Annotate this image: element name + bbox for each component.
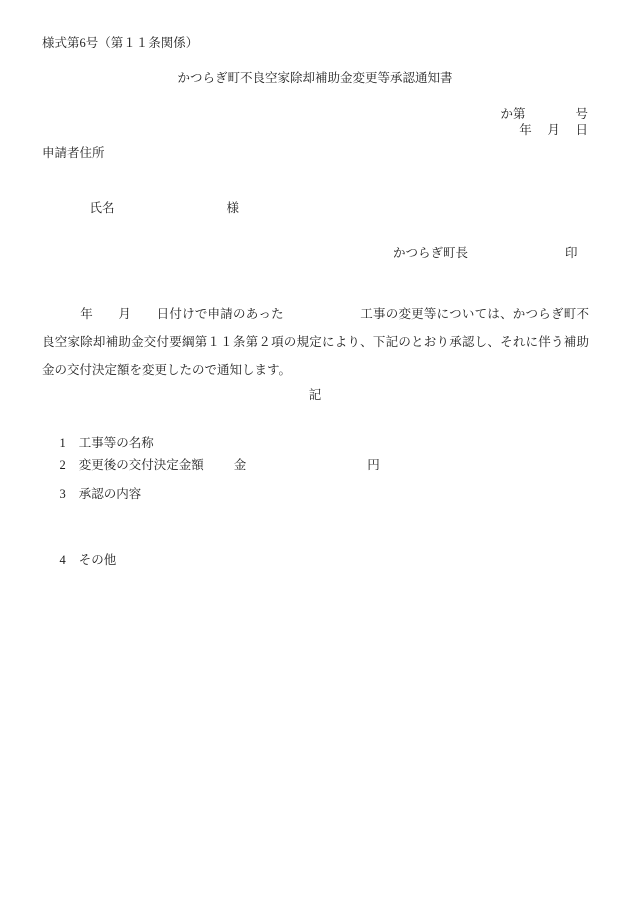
honorific-label: 様: [227, 201, 240, 215]
body-paragraph: 年 月 日付けで申請のあった 工事の変更等については、かつらぎ町不良空家除却補助…: [42, 300, 589, 384]
applicant-name-row: 氏名様: [77, 186, 239, 231]
date-line: 年 月 日: [519, 123, 588, 138]
item-label: 変更後の交付決定金額: [79, 458, 204, 472]
mayor-title: かつらぎ町長: [393, 246, 468, 261]
list-item-other: 4その他: [47, 538, 116, 583]
applicant-address-label: 申請者住所: [42, 146, 105, 161]
item-number: 2: [60, 458, 66, 472]
reference-number-line: か第 号: [500, 107, 588, 122]
item-label: 承認の内容: [79, 487, 142, 501]
notification-form-page: 様式第6号（第１１条関係） かつらぎ町不良空家除却補助金変更等承認通知書 か第 …: [0, 0, 630, 903]
item-label: その他: [79, 553, 117, 567]
list-item-approval-content: 3承認の内容: [47, 472, 141, 517]
item-number: 4: [60, 553, 66, 567]
form-number: 様式第6号（第１１条関係）: [42, 36, 198, 51]
document-title: かつらぎ町不良空家除却補助金変更等承認通知書: [0, 71, 630, 86]
record-heading: 記: [0, 388, 630, 403]
amount-prefix-label: 金: [234, 458, 247, 472]
seal-placeholder: 印: [565, 246, 578, 261]
name-label: 氏名: [90, 201, 115, 215]
amount-unit-label: 円: [367, 458, 380, 472]
item-number: 3: [60, 487, 66, 501]
